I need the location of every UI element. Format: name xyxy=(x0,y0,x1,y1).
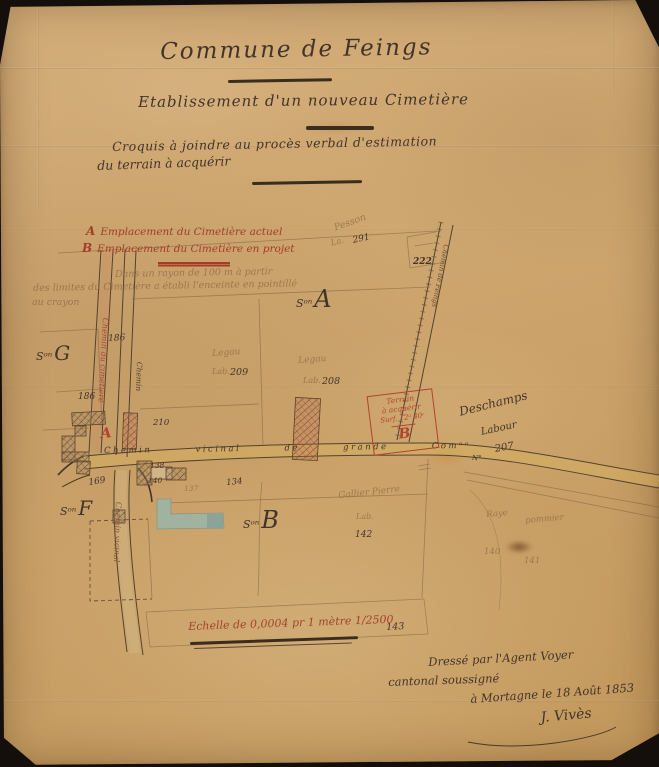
legend-item-a: AEmplacement du Cimetière actuel xyxy=(86,225,282,239)
marker-a: A xyxy=(100,426,112,442)
legend-text-a: Emplacement du Cimetière actuel xyxy=(100,226,282,238)
legend-note3: au crayon xyxy=(32,298,80,308)
subtitle-underline xyxy=(306,126,374,130)
parcel-number: 222 xyxy=(413,258,432,268)
cemetery-a-building xyxy=(122,413,137,449)
south-road-label: Chemin vicinal xyxy=(111,502,122,563)
plot-b-box: Terrain à acquérir Surf. 12ᵃ 40ᶜ B xyxy=(367,388,440,456)
parcel-number: 210 xyxy=(153,419,169,428)
paper-sheet: Commune de Feings Etablissement d'un nou… xyxy=(0,0,659,767)
parcel-number: 186 xyxy=(108,334,126,345)
page-title: Commune de Feings xyxy=(160,35,433,65)
section-label-a: SᵒⁿA xyxy=(296,286,332,312)
owner-landuse: Lab. xyxy=(356,513,374,522)
parcel-number: 140 xyxy=(484,548,500,557)
owner-landuse: Lab. xyxy=(212,368,230,377)
parcel-number: 208 xyxy=(322,377,340,387)
page-subtitle: Etablissement d'un nouveau Cimetière xyxy=(138,91,469,110)
parcel-number: 140 xyxy=(148,477,162,485)
owner-name: Legau xyxy=(212,348,241,360)
parcel-number: 142 xyxy=(355,531,372,541)
owner-landuse: Lab. xyxy=(303,377,321,386)
parcel-number: 141 xyxy=(524,557,540,566)
parcel-number: 209 xyxy=(230,368,248,378)
parcel-number: 186 xyxy=(78,393,95,403)
owner-name: Legau xyxy=(298,355,327,367)
legend-key-a: A xyxy=(86,224,95,238)
parcel-number: 138 xyxy=(150,462,164,470)
section-label-f: SᵒⁿF xyxy=(60,497,92,519)
owner-name: Raye xyxy=(486,509,508,520)
legend-underline xyxy=(158,262,230,264)
legend-key-b: B xyxy=(82,241,92,255)
parcel-number: 134 xyxy=(226,478,243,489)
parcel-number: 137 xyxy=(184,485,198,493)
south-road-surface xyxy=(121,470,135,653)
section-label-g: SᵒⁿG xyxy=(36,342,70,364)
section-label-b: SᵒⁿB xyxy=(243,507,279,533)
legend-text-b: Emplacement du Cimetière en projet xyxy=(97,243,294,255)
main-road-number: N° xyxy=(472,455,482,463)
signature-flourish xyxy=(468,727,616,746)
west-road-label: Chemin xyxy=(134,362,143,392)
plot-b-key: B xyxy=(391,423,417,443)
photo-background: Commune de Feings Etablissement d'un nou… xyxy=(0,0,659,767)
dashed-plot-edge xyxy=(148,519,152,599)
legend-item-b: BEmplacement du Cimetière en projet xyxy=(82,242,295,256)
pond-basin xyxy=(207,514,223,528)
